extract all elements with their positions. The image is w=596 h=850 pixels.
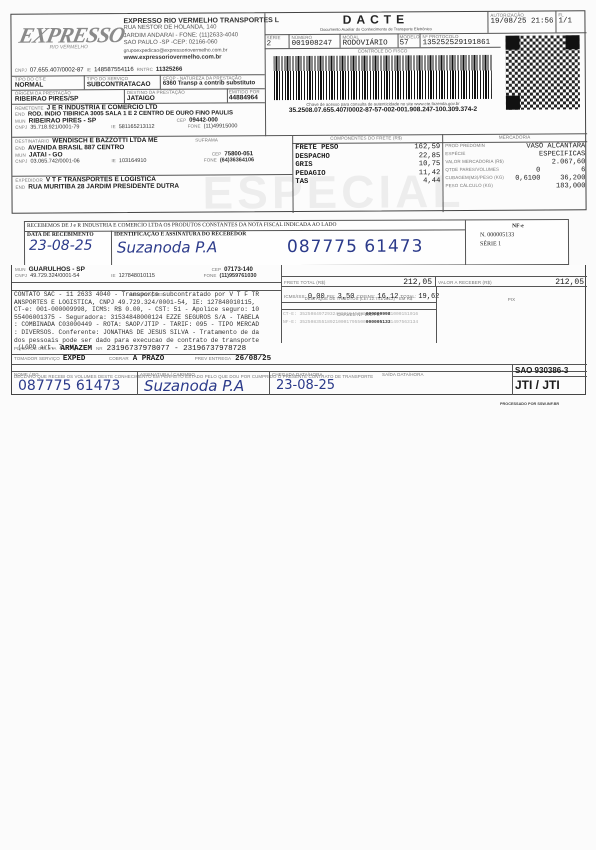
dacte-bottom: MUNGUARULHOS - SPCEP07173-140 CNPJ49.729… bbox=[11, 265, 586, 395]
route: JTI / JTI bbox=[515, 378, 560, 392]
goods-title: MERCADORIA bbox=[442, 134, 587, 140]
arrival: CHEGADA DATA/HORA bbox=[272, 372, 323, 377]
freight-component-row: TAS4,44 bbox=[295, 178, 440, 187]
observations-text: CONTATO SAC - 11 2633 4040 - Transporte … bbox=[14, 291, 279, 352]
receipt-header: RECEBEMOS DE J e R INDUSTRIA E COMERCIO … bbox=[27, 222, 337, 229]
freight-component-name: TAS bbox=[295, 178, 308, 187]
freight-component-name: GRIS bbox=[295, 161, 312, 170]
freight-components-list: FRETE PESO162,59DESPACHO22,85GRIS10,75PE… bbox=[295, 143, 440, 187]
sender-block: REMETENTEJ E R INDUSTRIA E COMERCIO LTD … bbox=[15, 103, 265, 131]
barcode bbox=[274, 55, 492, 100]
model-field: MODELO 57 bbox=[400, 34, 420, 47]
cte-type: TIPO DO CT-E NORMAL bbox=[15, 77, 46, 89]
emitter-info: EXPRESSO RIO VERMELHO TRANSPORTES L RUA … bbox=[123, 17, 279, 62]
freight-component-name: DESPACHO bbox=[295, 152, 330, 161]
company-logo: EXPRESSO RIO VERMELHO bbox=[19, 22, 119, 55]
emitter-website: www.expressoriovermelho.com.br bbox=[124, 54, 280, 62]
arrival-handwritten: 23-08-25 bbox=[276, 378, 335, 393]
pix-label: PIX bbox=[436, 288, 587, 306]
dacte-title-block: DACTE Documento Auxiliar do Conhecimento… bbox=[264, 12, 487, 34]
taxes-row: ICMS/ISS: 0,00 PIS: 3,50 COFINS: 16,12 T… bbox=[284, 293, 434, 301]
freight-component-value: 162,59 bbox=[414, 143, 440, 152]
freight-component-value: 4,44 bbox=[423, 178, 440, 187]
collection-row: PLACA DE COLETA ARMAZEM NR 2319673797807… bbox=[14, 345, 246, 353]
freight-component-value: 11,42 bbox=[419, 169, 441, 178]
nfe-label: NF-e bbox=[468, 223, 568, 229]
freight-component-name: PEDAGIO bbox=[295, 170, 325, 179]
dacte-sheet: ESPECIAL EXPRESSO RIO VERMELHO EXPRESSO … bbox=[10, 10, 586, 214]
service-type: TIPO DO SERVIÇO SUBCONTRATACAO bbox=[87, 76, 151, 88]
nfe-number: N. 000005133 bbox=[480, 232, 514, 238]
page-number: FL 1/1 bbox=[558, 12, 572, 25]
protocol-field: Nº PROTOCOLO 135252529191861 bbox=[423, 34, 491, 47]
keys-list: CT-E: 3525084972932400015457000000099981… bbox=[283, 311, 436, 327]
declaration-name: NOME / RG bbox=[14, 372, 39, 377]
origin: ORIGEM DA PRESTAÇÃO RIBEIRAO PIRES/SP bbox=[15, 90, 79, 102]
modal-field: MODAL RODOVIÁRIO bbox=[343, 34, 388, 47]
shipper-block: EXPEDIDORV T F TRANSPORTES E LOGISTICA E… bbox=[15, 175, 285, 191]
payment-row: TOMADOR SERVIÇO EXPED COBRAR A PRAZO PRE… bbox=[14, 355, 271, 363]
declaration-signature-handwritten: Suzanoda P.A bbox=[144, 377, 244, 395]
fiscal-control: CONTROLE DO FISCO bbox=[265, 48, 501, 54]
goods-block: PROD PREDOMINVASO ALCANTARA ESPÉCIEESPEC… bbox=[445, 142, 585, 191]
number-field: NÚMERO 001908247 bbox=[292, 35, 333, 48]
emitter-ids: CNPJ 07.655.407/0002-87 IE 148587554116 … bbox=[15, 67, 183, 74]
departure: SAÍDA DATA/HORA bbox=[382, 372, 424, 377]
destination: DESTINO DA PRESTAÇÃO JATAIGO bbox=[127, 90, 185, 102]
issued-by: EMITIDO POR 44884964 bbox=[229, 89, 260, 101]
freight-component-name: FRETE PESO bbox=[295, 144, 338, 153]
freight-component-value: 10,75 bbox=[419, 160, 441, 169]
nfe-serie: SÉRIE 1 bbox=[480, 241, 501, 247]
access-key-row: CT-E: 3525084972932400015457000000099981… bbox=[283, 311, 436, 319]
serie-field: SÉRIE 2 bbox=[267, 35, 281, 48]
freight-components-title: COMPONENTES DO FRETE (R$) bbox=[292, 135, 440, 141]
receipt-strip: RECEBEMOS DE J e R INDUSTRIA E COMERCIO … bbox=[24, 219, 569, 267]
receipt-date: 23-08-25 bbox=[29, 238, 93, 254]
route-code: SAO 930386-3 bbox=[515, 366, 568, 375]
freight-component-value: 22,85 bbox=[419, 152, 441, 161]
access-key-row: NF-E: 3525083551892100017955000000051331… bbox=[283, 319, 436, 327]
receiver-id: 087775 61473 bbox=[287, 237, 423, 257]
dacte-title: DACTE bbox=[264, 12, 487, 27]
receiver-id-label: IDENTIFICAÇÃO E ASSINATURA DO RECEBEDOR bbox=[114, 231, 246, 237]
access-key: Chave de acesso para consulta de autenti… bbox=[265, 101, 501, 114]
recipient-block: DESTINATÁRIOWENDISCH E BAZZOTTI LTDA MES… bbox=[15, 136, 280, 165]
cfop: CFOP - NATUREZA DA PRESTAÇÃO 6360 Transp… bbox=[163, 75, 255, 87]
authorization: AUTORIZAÇÃO 19/08/25 21:56 bbox=[490, 12, 553, 25]
qr-code bbox=[506, 35, 580, 109]
receiver-signature: Suzanoda P.A bbox=[117, 238, 217, 256]
declaration-name-handwritten: 087775 61473 bbox=[18, 378, 120, 394]
processed-by: PROCESSADO POR SSW.INF.BR bbox=[500, 402, 559, 406]
shipper-continued: MUNGUARULHOS - SPCEP07173-140 CNPJ49.729… bbox=[15, 266, 280, 279]
